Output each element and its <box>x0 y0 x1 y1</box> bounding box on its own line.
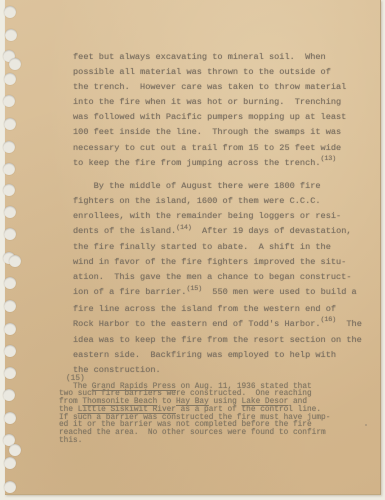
punch-hole <box>4 228 16 240</box>
typed-line: the trench. However care was taken to th… <box>73 80 373 95</box>
punch-hole <box>4 412 16 424</box>
document-page: feet but always excavating to mineral so… <box>5 0 381 495</box>
punch-hole <box>4 457 16 469</box>
punch-hole <box>3 389 15 401</box>
punch-hole <box>4 300 16 312</box>
typed-line: fire line across the island from the wes… <box>73 302 373 317</box>
footnote-text: The Grand Rapids Press on Aug. 11, 1936 … <box>59 384 369 446</box>
typed-line: idea was to keep the fire from the resor… <box>73 333 373 348</box>
punch-hole <box>3 184 15 196</box>
typed-line: the fire finally started to abate. A shi… <box>73 240 373 255</box>
typed-body: feet but always excavating to mineral so… <box>73 50 373 378</box>
typed-line: enrollees, with the remainder being logg… <box>73 209 373 224</box>
typed-line: possible all material was thrown to the … <box>73 65 373 80</box>
typed-line: dents of the island.(14) After 19 days o… <box>73 224 373 240</box>
body-paragraph-1: feet but always excavating to mineral so… <box>73 50 373 172</box>
punch-hole <box>4 277 16 289</box>
punch-hole <box>4 481 16 493</box>
punch-hole <box>4 323 16 335</box>
punch-hole <box>4 206 16 218</box>
punch-hole <box>4 73 16 85</box>
body-paragraph-2: By the middle of August there were 1800 … <box>73 179 373 378</box>
paper-speck <box>365 424 367 426</box>
typed-line: into the fire when it was hot or burning… <box>73 95 373 110</box>
punch-hole <box>3 163 15 175</box>
punch-hole <box>5 29 17 41</box>
typed-line: to keep the fire from jumping across the… <box>73 156 373 172</box>
typed-line: ation. This gave the men a chance to beg… <box>73 270 373 285</box>
punch-hole <box>4 118 16 130</box>
typed-line: feet but always excavating to mineral so… <box>73 50 373 65</box>
typed-line: necessary to cut out a trail from 15 to … <box>73 141 373 156</box>
typed-line: was followed with Pacific pumpers moppin… <box>73 110 373 125</box>
footnote-section: (15) The Grand Rapids Press on Aug. 11, … <box>59 376 369 445</box>
typed-line: wind in favor of the fire fighters impro… <box>73 255 373 270</box>
typed-line: reached the area. No other sources were … <box>59 430 369 438</box>
typed-line: this. <box>59 438 369 446</box>
punch-hole <box>4 345 16 357</box>
scan-background: feet but always excavating to mineral so… <box>0 0 385 500</box>
punch-hole <box>9 255 21 267</box>
punch-hole <box>9 58 21 70</box>
typed-line: fighters on the island, 1600 of them wer… <box>73 194 373 209</box>
typed-line: ion of a fire barrier.(15) 550 men were … <box>73 285 373 301</box>
punch-hole <box>4 367 16 379</box>
typed-line: By the middle of August there were 1800 … <box>73 179 373 194</box>
typed-line: eastern side. Backfiring was employed to… <box>73 348 373 363</box>
punch-hole <box>3 95 15 107</box>
punch-hole <box>4 6 16 18</box>
punch-hole <box>3 141 15 153</box>
punch-hole <box>9 444 21 456</box>
typed-line: Rock Harbor to the eastern end of Todd's… <box>73 317 373 333</box>
typed-line: 100 feet inside the line. Through the sw… <box>73 125 373 140</box>
